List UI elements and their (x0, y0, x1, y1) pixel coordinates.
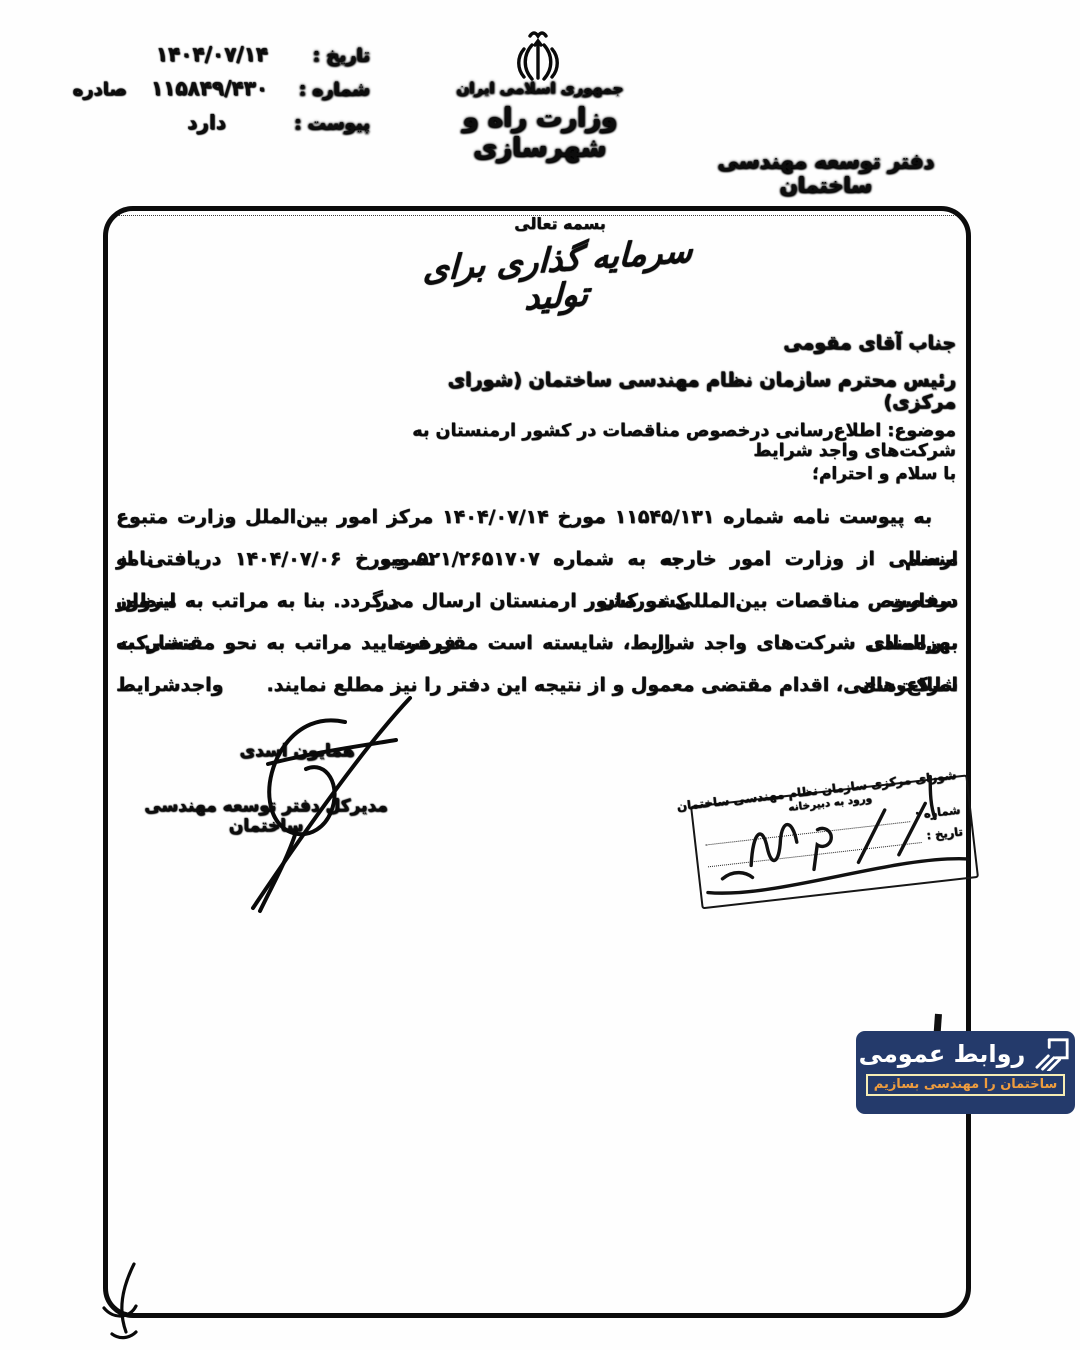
addressee-title: رئیس محترم سازمان نظام مهندسی ساختمان (ش… (398, 369, 956, 413)
date-value: ۱۴۰۴/۰۷/۱۴ (156, 42, 268, 66)
body-line-1: به پیوست نامه شماره ۱۱۵۴۵/۱۳۱ مورخ ۱۴۰۴/… (116, 496, 958, 538)
addressee-name: جناب آقای مقومی (520, 332, 956, 354)
scanned-letter-page: تاریخ : ۱۴۰۴/۰۷/۱۴ شماره : ۱۱۵۸۴۹/۴۳۰ صا… (0, 0, 1080, 1350)
number-row: شماره : ۱۱۵۸۴۹/۴۳۰ صادره (58, 76, 370, 100)
handwritten-signature (198, 690, 433, 925)
letter-info-block: تاریخ : ۱۴۰۴/۰۷/۱۴ شماره : ۱۱۵۸۴۹/۴۳۰ صا… (58, 42, 370, 144)
body-line-3: درخصوص مناقصات بین‌المللی در کشور ارمنست… (116, 580, 958, 622)
date-label: تاریخ : (290, 45, 370, 66)
number-value: ۱۱۵۸۴۹/۴۳۰ (151, 76, 268, 100)
letter-body: به پیوست نامه شماره ۱۱۵۴۵/۱۳۱ مورخ ۱۴۰۴/… (116, 496, 958, 706)
number-label: شماره : (290, 79, 370, 100)
body-line-4: بین‌المللی شرکت‌های واجد شرایط، شایسته ا… (116, 622, 958, 664)
body-line-2: ارسالی از وزارت امور خارجه به شماره ۵۲۱/… (116, 538, 958, 580)
badge-title: روابط عمومی (859, 1040, 1026, 1068)
date-row: تاریخ : ۱۴۰۴/۰۷/۱۴ (58, 42, 370, 66)
iran-national-emblem-icon (507, 30, 569, 84)
attachment-value: دارد (187, 110, 226, 134)
badge-tagline: ساختمان را مهندسی بسازیم (866, 1074, 1065, 1096)
engineering-organization-logo-icon (1034, 1037, 1072, 1071)
corner-pen-mark (92, 1260, 162, 1342)
number-issued-note: صادره (72, 79, 126, 100)
ministry-title: وزارت راه و شهرسازی (398, 103, 682, 163)
subject-line: موضوع: اطلاع‌رسانی درخصوص مناقصات در کشو… (380, 421, 956, 461)
attachment-row: پیوست : دارد (58, 110, 370, 134)
salutation-line: با سلام و احترام؛ (788, 464, 956, 484)
badge-title-row: روابط عمومی (856, 1031, 1075, 1071)
public-relations-badge: روابط عمومی ساختمان را مهندسی بسازیم (856, 1031, 1075, 1114)
office-title: دفتر توسعه مهندسی ساختمان (670, 149, 982, 197)
country-title: جمهوری اسلامی ایران (430, 79, 650, 97)
besmellah-text: بسمه تعالی (440, 214, 680, 233)
attachment-label: پیوست : (290, 113, 370, 134)
